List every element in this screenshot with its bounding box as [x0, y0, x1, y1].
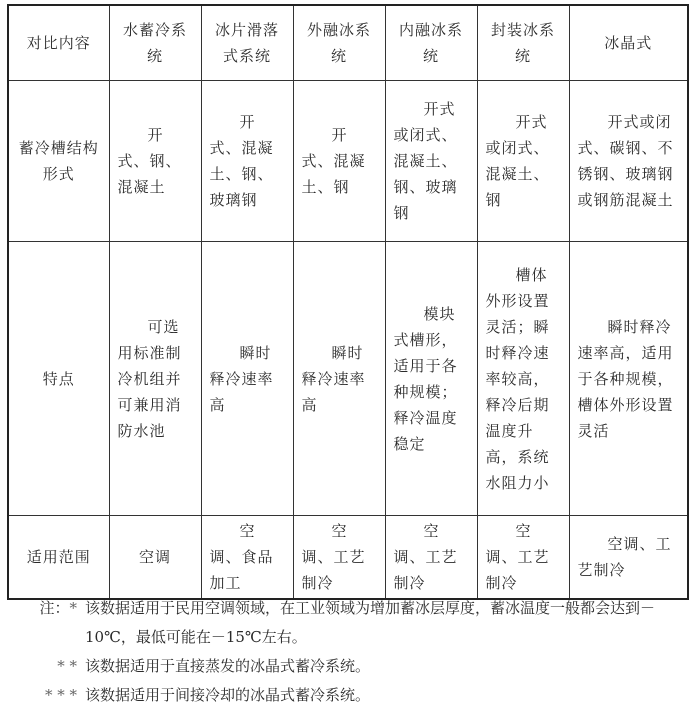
note-prefix: 注：* — [22, 594, 85, 652]
table-cell: 开式或闭式、混凝土、钢、玻璃钢 — [385, 81, 477, 242]
table-cell: 模块式槽形，适用于各种规模；释冷温度稳定 — [385, 242, 477, 516]
row-header: 蓄冷槽结构形式 — [8, 81, 109, 242]
table-cell: 瞬时释冷速率高 — [293, 242, 385, 516]
table-cell: 开式或闭式、混凝土、钢 — [477, 81, 569, 242]
note-item: * * 该数据适用于直接蒸发的冰晶式蓄冷系统。 — [22, 652, 687, 681]
table-cell: 空调、工艺制冷 — [569, 516, 688, 600]
table-cell: 可选用标准制冷机组并可兼用消防水池 — [109, 242, 201, 516]
row-header: 特点 — [8, 242, 109, 516]
table-cell: 开式或闭式、碳钢、不锈钢、玻璃钢或钢筋混凝土 — [569, 81, 688, 242]
note-prefix: * * * — [22, 681, 85, 710]
column-header: 冰晶式 — [569, 5, 688, 81]
table-cell: 空调、工艺制冷 — [293, 516, 385, 600]
column-header: 外融冰系统 — [293, 5, 385, 81]
table-cell: 开式、混凝土、钢 — [293, 81, 385, 242]
note-text: 该数据适用于直接蒸发的冰晶式蓄冷系统。 — [85, 652, 687, 681]
table-cell: 开式、钢、混凝土 — [109, 81, 201, 242]
asterisk-mark: * * * — [45, 681, 77, 710]
column-header: 内融冰系统 — [385, 5, 477, 81]
table-cell: 开式、混凝土、钢、玻璃钢 — [201, 81, 293, 242]
asterisk-mark: * * — [57, 652, 77, 681]
column-header: 冰片滑落式系统 — [201, 5, 293, 81]
column-header: 封装冰系统 — [477, 5, 569, 81]
table-row: 适用范围 空调 空调、食品加工 空调、工艺制冷 空调、工艺制冷 空调、工艺制冷 … — [8, 516, 688, 600]
table-notes: 注：* 该数据适用于民用空调领域，在工业领域为增加蓄冰层厚度，蓄冰温度一般都会达… — [22, 594, 687, 710]
table-row: 蓄冷槽结构形式 开式、钢、混凝土 开式、混凝土、钢、玻璃钢 开式、混凝土、钢 开… — [8, 81, 688, 242]
table-header-row: 对比内容 水蓄冷系统 冰片滑落式系统 外融冰系统 内融冰系统 封装冰系统 冰晶式 — [8, 5, 688, 81]
note-prefix: * * — [22, 652, 85, 681]
note-label: 注： — [39, 599, 69, 617]
column-header: 对比内容 — [8, 5, 109, 81]
table-cell: 空调 — [109, 516, 201, 600]
table-cell: 瞬时释冷速率高，适用于各种规模，槽体外形设置灵活 — [569, 242, 688, 516]
table-cell: 瞬时释冷速率高 — [201, 242, 293, 516]
table-cell: 空调、工艺制冷 — [477, 516, 569, 600]
note-text: 该数据适用于民用空调领域，在工业领域为增加蓄冰层厚度，蓄冰温度一般都会达到－10… — [85, 594, 687, 652]
note-item: * * * 该数据适用于间接冷却的冰晶式蓄冷系统。 — [22, 681, 687, 710]
table-cell: 槽体外形设置灵活；瞬时释冷速率较高，释冷后期温度升高，系统水阻力小 — [477, 242, 569, 516]
row-header: 适用范围 — [8, 516, 109, 600]
note-text: 该数据适用于间接冷却的冰晶式蓄冷系统。 — [85, 681, 687, 710]
column-header: 水蓄冷系统 — [109, 5, 201, 81]
table-cell: 空调、食品加工 — [201, 516, 293, 600]
asterisk-mark: * — [70, 594, 78, 623]
comparison-table: 对比内容 水蓄冷系统 冰片滑落式系统 外融冰系统 内融冰系统 封装冰系统 冰晶式… — [7, 4, 689, 600]
note-item: 注：* 该数据适用于民用空调领域，在工业领域为增加蓄冰层厚度，蓄冰温度一般都会达… — [22, 594, 687, 652]
table-cell: 空调、工艺制冷 — [385, 516, 477, 600]
table-row: 特点 可选用标准制冷机组并可兼用消防水池 瞬时释冷速率高 瞬时释冷速率高 模块式… — [8, 242, 688, 516]
